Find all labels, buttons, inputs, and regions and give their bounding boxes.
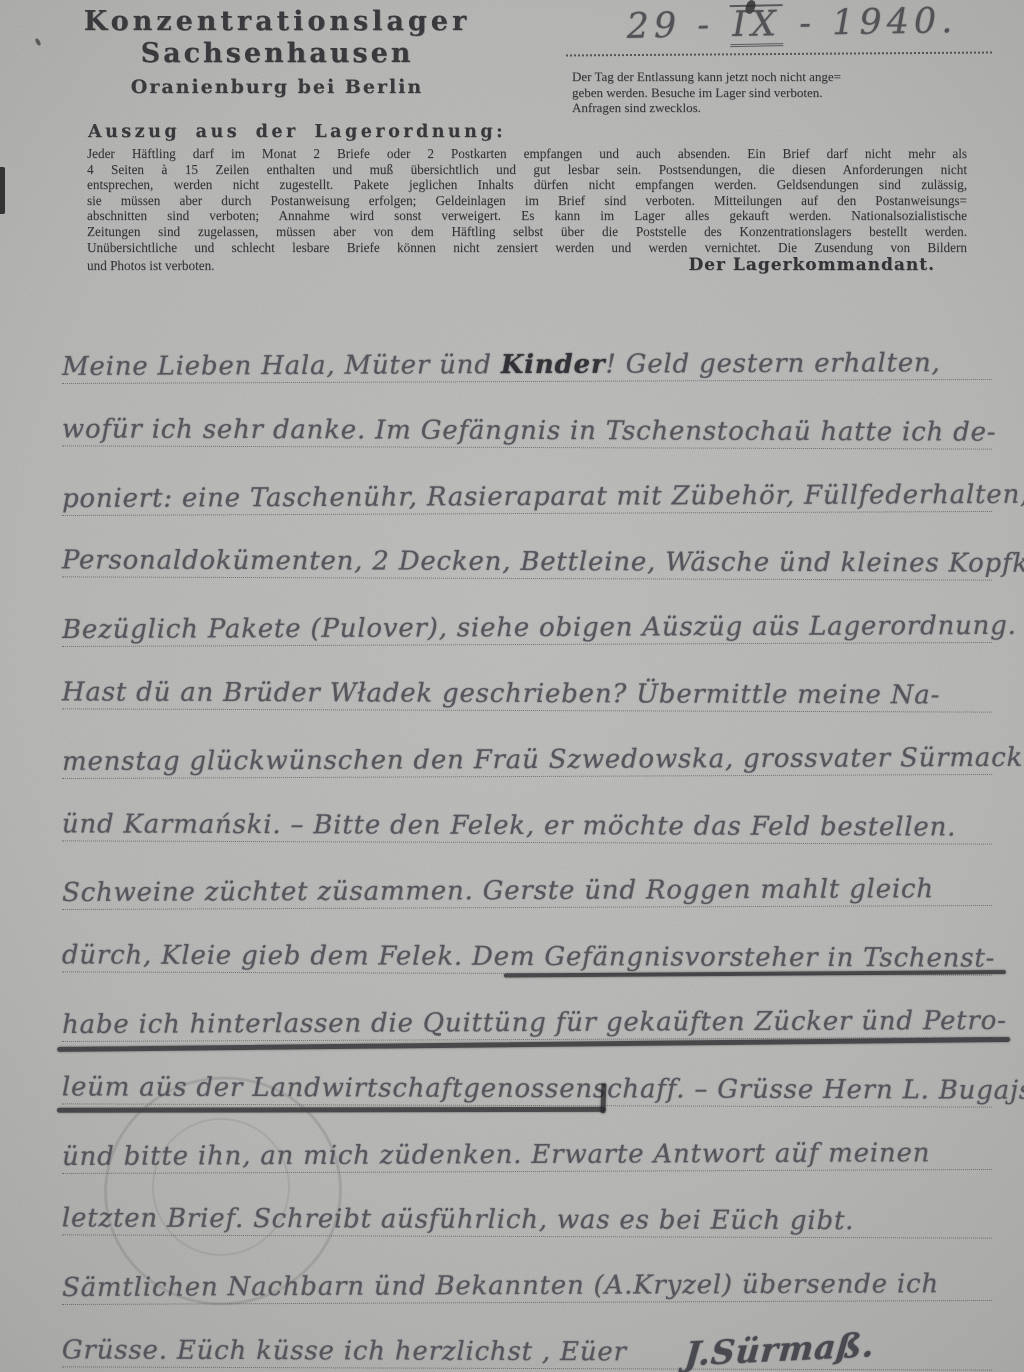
scanned-letter-page: Konzentrationslager Sachsenhausen Oranie…: [0, 0, 1024, 1372]
rules-heading: Auszug aus der Lagerordnung:: [88, 122, 506, 142]
letter-line: Grüsse. Eüch küsse ich herzlichst , Eüer…: [62, 1301, 992, 1370]
letter-text-segment: Kinder: [501, 349, 606, 379]
date-year: - 1940.: [799, 1, 958, 44]
release-notice: Der Tag der Entlassung kann jetzt noch n…: [572, 69, 952, 116]
date-day: 29 -: [626, 5, 714, 47]
letter-text-segment: Grüsse Hern L. Bugajski: [717, 1074, 1024, 1105]
letter-line: Hast dü an Brüder Władek geschrieben? Üb…: [62, 643, 992, 712]
rules-line: sie müssen aber durch Postanweisung erfo…: [87, 193, 967, 209]
letter-line: habe ich hinterlassen die Quittüng für g…: [62, 972, 992, 1042]
letter-text-segment: ! Geld gestern erhalten,: [605, 348, 940, 379]
letter-text-segment: Schweine züchtet züsammen. Gerste ünd Ro…: [62, 874, 934, 908]
date-month-roman: IX: [730, 4, 783, 47]
letter-text-segment: wofür ich sehr danke. Im Gefängnis in Ts…: [62, 414, 997, 447]
letter-text-segment: habe ich hinterlassen die Quittüng für g…: [62, 1006, 1007, 1040]
letter-text-segment: Dem Gefängnisvorsteher in Tschenst-: [472, 942, 995, 974]
letter-text-segment: Grüsse. Eüch küsse ich herzlichst , Eüer: [62, 1335, 627, 1367]
letter-line: Meine Lieben Hala, Müter ünd Kinder! Gel…: [62, 314, 992, 384]
letter-line-text: Hast dü an Brüder Władek geschrieben? Üb…: [62, 679, 940, 711]
letter-line-text: Personaldokümenten, 2 Decken, Bettleine,…: [62, 548, 1024, 581]
letterhead: Konzentrationslager Sachsenhausen Oranie…: [82, 6, 472, 98]
letter-line-text: wofür ich sehr danke. Im Gefängnis in Ts…: [62, 416, 997, 448]
censor-stamp-inner-circle: [152, 1118, 290, 1256]
letter-line: Bezüglich Pakete (Pulover), siehe obigen…: [62, 577, 992, 647]
release-notice-line: Der Tag der Entlassung kann jetzt noch n…: [572, 69, 952, 85]
rules-last-row: und Photos ist verboten. Der Lagerkomman…: [87, 255, 967, 275]
scan-edge-mark: [0, 167, 5, 214]
letter-line: menstag glückwünschen den Fraü Szwedowsk…: [62, 709, 992, 779]
letterhead-location: Oranienburg bei Berlin: [82, 76, 472, 98]
letter-line-text: Meine Lieben Hala, Müter ünd Kinder! Gel…: [62, 350, 941, 383]
rules-body: Jeder Häftling darf im Monat 2 Briefe od…: [87, 146, 967, 255]
sender-signature: J.Sürmaß.: [683, 1328, 876, 1370]
letter-line-text: poniert: eine Taschenühr, Rasieraparat m…: [62, 481, 1024, 514]
paper-speck: [34, 38, 41, 47]
letterhead-camp-name: Konzentrationslager: [82, 6, 472, 37]
letter-line-text: Grüsse. Eüch küsse ich herzlichst , Eüer…: [62, 1330, 875, 1369]
rules-line: 4 Seiten à 15 Zeilen enthalten und muß ü…: [87, 162, 967, 178]
letter-text-segment: Personaldokümenten, 2 Decken, Bettleine,…: [62, 546, 1024, 580]
letter-text-segment: ünd Karmański. – Bitte den Felek, er möc…: [62, 809, 956, 842]
rules-last-line: und Photos ist verboten.: [87, 258, 214, 274]
letter-line-text: habe ich hinterlassen die Quittüng für g…: [62, 1008, 1007, 1041]
kommandant-signature: Der Lagerkommandant.: [688, 255, 935, 275]
letter-line: poniert: eine Taschenühr, Rasieraparat m…: [62, 446, 992, 516]
rules-line: Zeitungen sind zugelassen, müssen aber v…: [87, 224, 967, 240]
letter-line-text: ünd Karmański. – Bitte den Felek, er möc…: [62, 811, 956, 843]
letter-text-segment: dürch, Kleie gieb dem Felek.: [62, 940, 472, 971]
letter-text-segment: Bezüglich Pakete (Pulover), siehe obigen…: [62, 611, 1017, 645]
letter-line-text: Bezüglich Pakete (Pulover), siehe obigen…: [62, 613, 1017, 646]
letter-text-segment: Hast dü an Brüder Władek geschrieben? Üb…: [62, 677, 940, 710]
letterhead-camp-name-2: Sachsenhausen: [82, 38, 472, 69]
rules-line: entsprechen, werden nicht zugestellt. Pa…: [87, 177, 967, 193]
release-notice-line: geben werden. Besuche im Lager sind verb…: [572, 85, 952, 101]
letter-line: wofür ich sehr danke. Im Gefängnis in Ts…: [62, 380, 992, 449]
rules-line: Jeder Häftling darf im Monat 2 Briefe od…: [87, 146, 967, 162]
release-notice-line: Anfragen sind zwecklos.: [572, 100, 952, 116]
letter-line: dürch, Kleie gieb dem Felek. Dem Gefängn…: [62, 907, 992, 976]
letter-line-text: dürch, Kleie gieb dem Felek. Dem Gefängn…: [62, 942, 995, 974]
handwritten-date: 29 - IX - 1940.: [582, 0, 1003, 49]
letter-line-text: Schweine züchtet züsammen. Gerste ünd Ro…: [62, 876, 934, 909]
letter-line: Personaldokümenten, 2 Decken, Bettleine,…: [62, 512, 992, 581]
letter-text-segment: Meine Lieben Hala, Müter ünd: [62, 350, 501, 382]
letter-text-segment: poniert: eine Taschenühr, Rasieraparat m…: [62, 479, 1024, 513]
letter-line-text: menstag glückwünschen den Fraü Szwedowsk…: [62, 744, 1024, 777]
rules-line: abschnitten sind verboten; Annahme wird …: [87, 208, 967, 224]
rules-line: Unübersichtliche und schlecht lesbare Br…: [87, 240, 967, 256]
letter-line: ünd Karmański. – Bitte den Felek, er möc…: [62, 775, 992, 844]
letter-line: Schweine züchtet züsammen. Gerste ünd Ro…: [62, 840, 992, 910]
date-dotted-line: [566, 52, 992, 57]
letter-text-segment: menstag glückwünschen den Fraü Szwedowsk…: [62, 742, 1024, 776]
